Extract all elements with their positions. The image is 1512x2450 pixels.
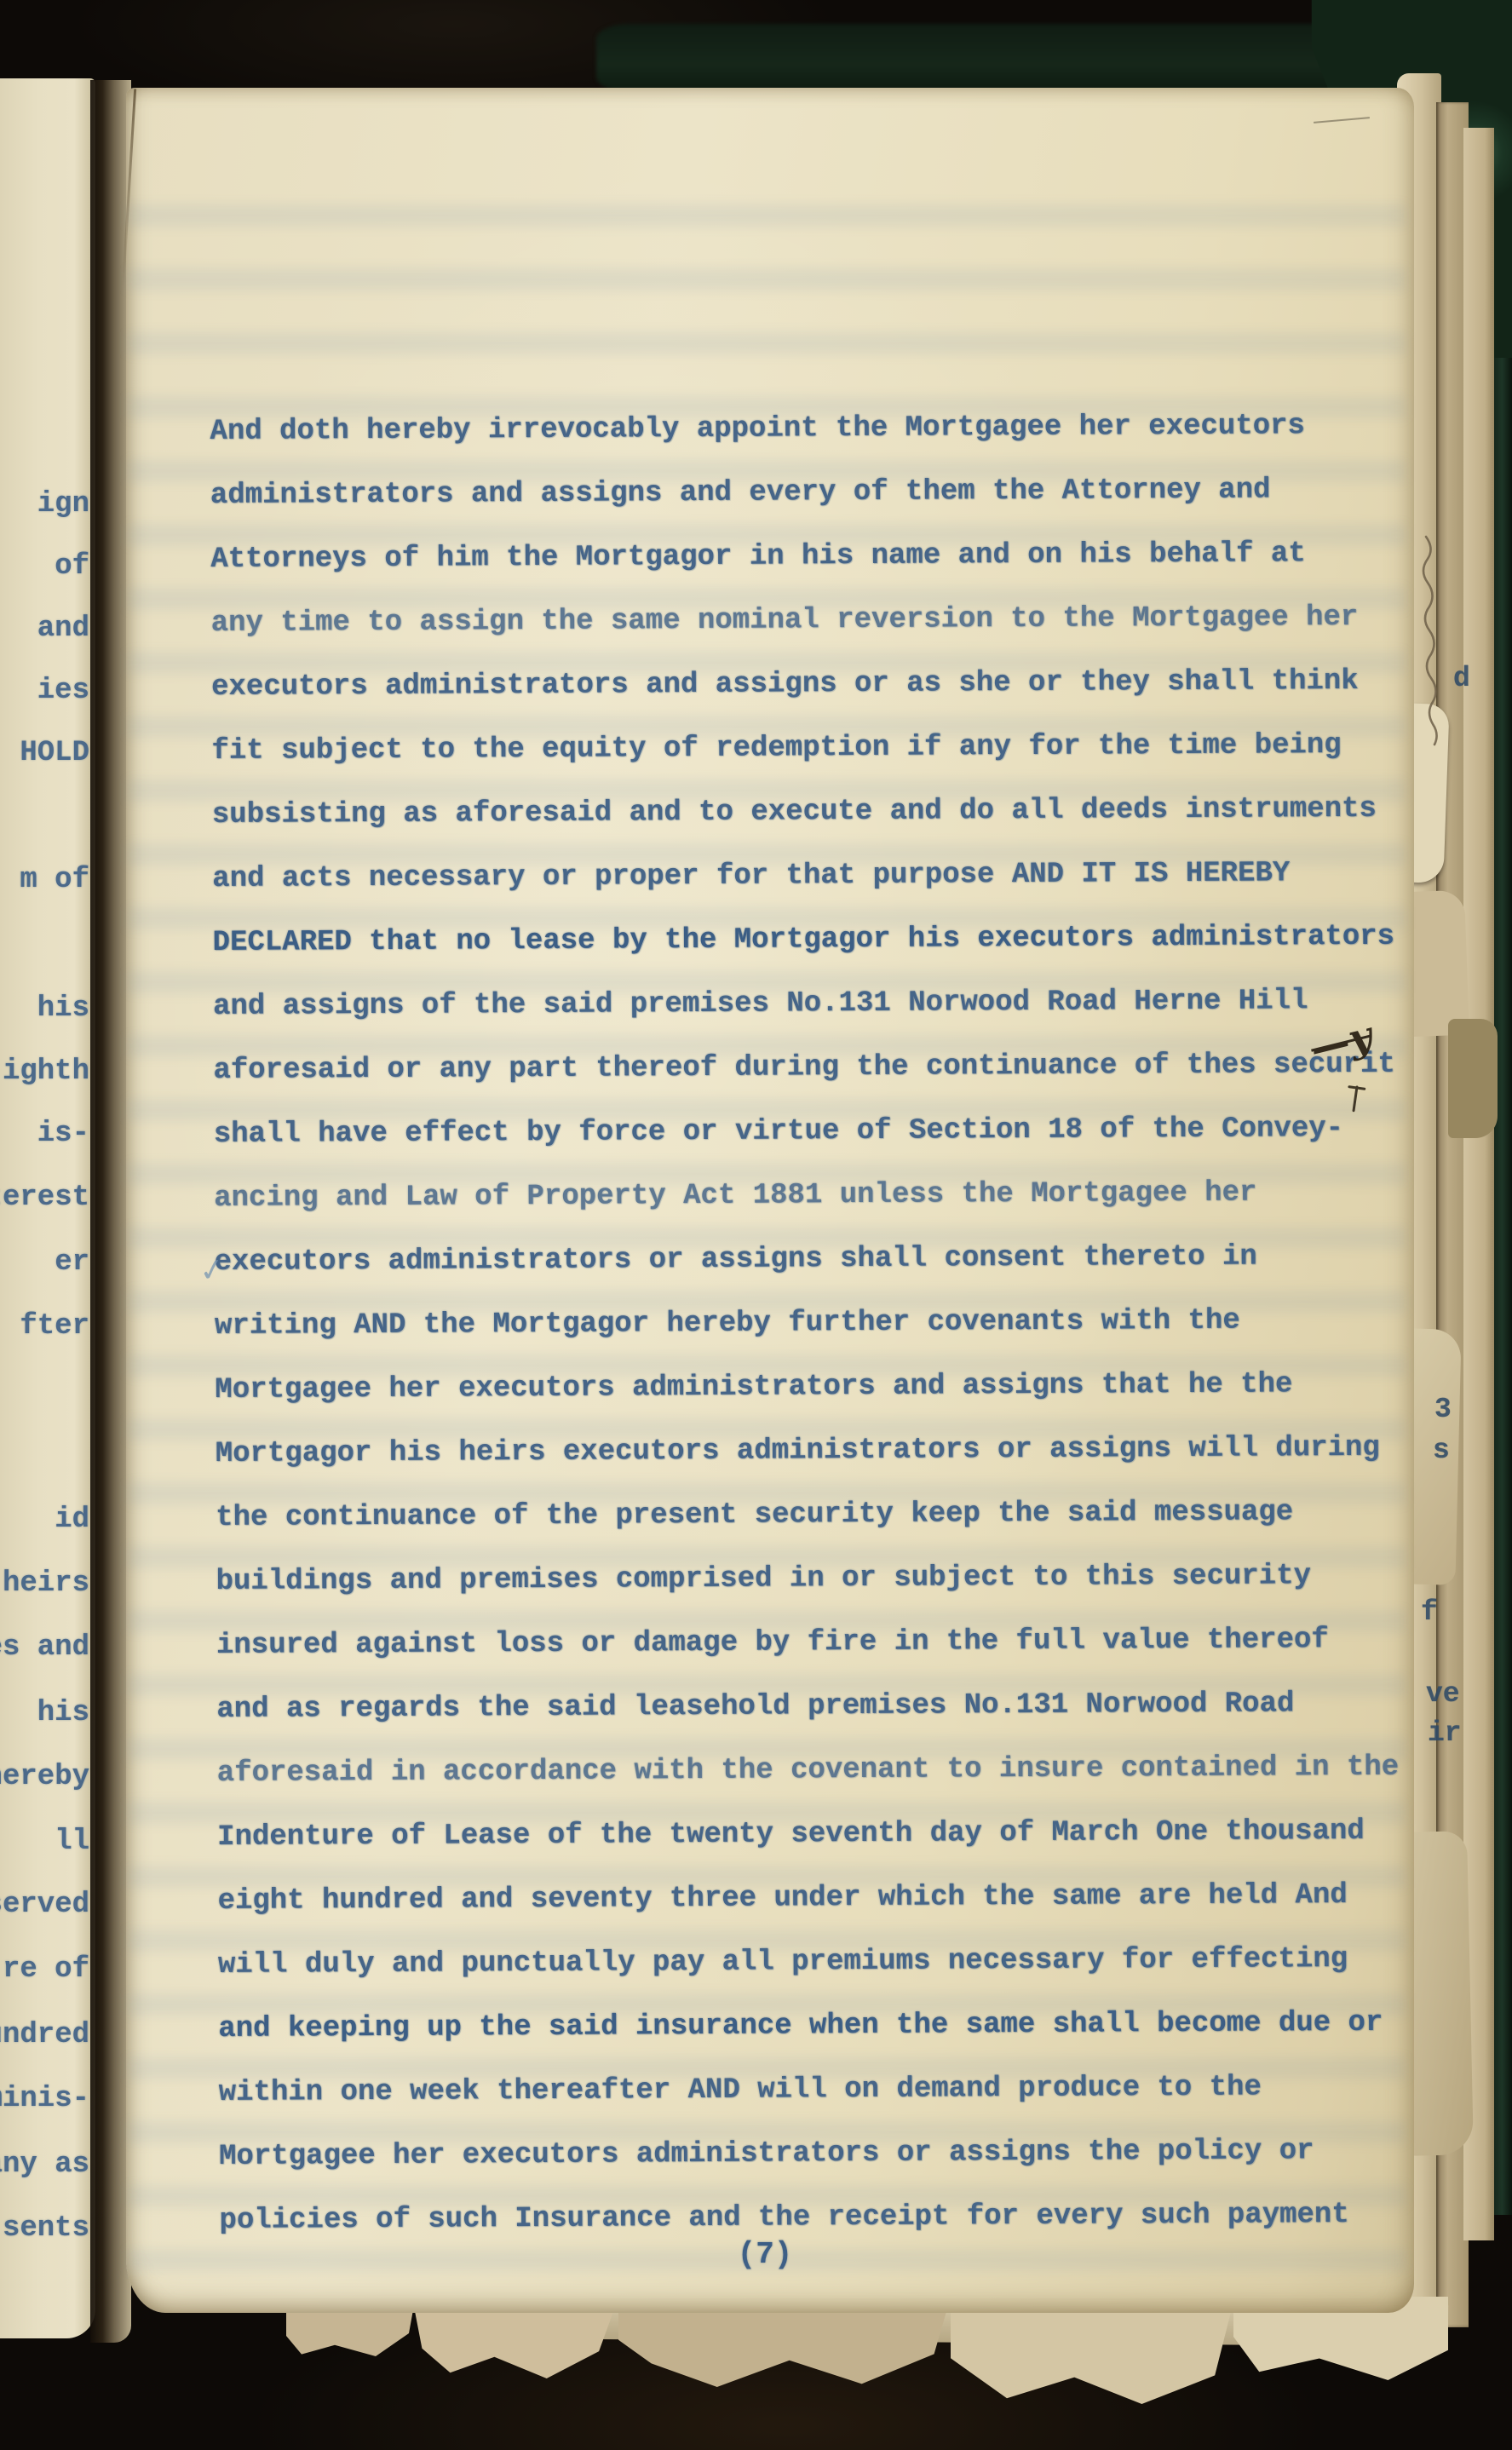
text-line: ancing and Law of Property Act 1881 unle…: [214, 1160, 1440, 1231]
text-line: and keeping up the said insurance when t…: [218, 1991, 1445, 2062]
text-line: Attorneys of him the Mortgagor in his na…: [210, 521, 1437, 592]
left-page-fragment: is-: [37, 1117, 89, 1151]
right-edge-fragment: d: [1453, 663, 1470, 695]
book-gutter-shadow: [90, 80, 131, 2343]
left-page-fragment: s heirs: [0, 1567, 89, 1601]
left-page-fragment: hereby: [0, 1760, 89, 1794]
text-line: policies of such Insurance and the recei…: [219, 2183, 1446, 2253]
text-line: administrators and assigns and every of …: [210, 457, 1437, 528]
left-page-fragment: HOLD: [20, 736, 89, 770]
text-line: Mortgagee her executors administrators a…: [215, 1352, 1441, 1423]
text-line: the continuance of the present security …: [216, 1480, 1442, 1550]
left-page-fragment: his: [37, 1696, 89, 1730]
torn-paper-piece: [951, 2309, 1232, 2404]
text-line: within one week thereafter AND will on d…: [219, 2055, 1446, 2125]
text-line: Indenture of Lease of the twenty seventh…: [217, 1799, 1444, 1870]
text-line: will duly and punctually pay all premium…: [218, 1927, 1445, 1998]
insertion-caret-mark: [1342, 1082, 1371, 1116]
text-line: Mortgagee her executors administrators o…: [219, 2119, 1446, 2189]
left-page-fragment: any as: [0, 2148, 89, 2182]
torn-paper-piece: [1448, 1019, 1498, 1138]
book-cloth-top-band: [596, 24, 1431, 92]
left-page-fragment: ll: [55, 1825, 89, 1859]
text-line: fit subject to the equity of redemption …: [211, 713, 1438, 784]
left-page-fragment: id: [55, 1503, 89, 1537]
photographed-deed-page: { "page": { "page_number": "(7)", "lines…: [0, 0, 1512, 2450]
left-page-fragment: sents: [3, 2211, 89, 2246]
torn-paper-piece: [286, 2305, 414, 2356]
left-page-fragment: m of: [20, 863, 89, 897]
left-page-fragment: hundred: [0, 2018, 89, 2052]
left-page-fragment: his: [37, 992, 89, 1026]
left-page-fragment: ies: [37, 674, 89, 708]
text-line: subsisting as aforesaid and to execute a…: [212, 777, 1439, 848]
text-line: eight hundred and seventy three under wh…: [217, 1863, 1444, 1934]
torn-paper-piece: [618, 2309, 947, 2387]
left-page-fragment: dminis-: [0, 2082, 89, 2116]
text-line: insured against loss or damage by fire i…: [216, 1607, 1443, 1678]
left-page-fragment: es and: [0, 1630, 89, 1665]
text-line: and acts necessary or proper for that pu…: [212, 841, 1439, 912]
text-line: aforesaid or any part thereof during the…: [213, 1032, 1440, 1103]
text-line: executors administrators or assigns shal…: [214, 1224, 1440, 1295]
left-page-fragment: ighth: [3, 1055, 89, 1089]
torn-paper-piece: [414, 2307, 615, 2378]
left-page-fragment: terest: [0, 1181, 89, 1215]
text-line: and assigns of the said premises No.131 …: [213, 969, 1440, 1039]
left-page-fragment: ign: [37, 487, 89, 521]
left-page-fragment: re of: [3, 1953, 89, 1987]
handwritten-tick: ✓: [197, 1254, 227, 1289]
text-line: aforesaid in accordance with the covenan…: [217, 1735, 1444, 1806]
left-page-fragment: er: [55, 1245, 89, 1280]
text-line: any time to assign the same nominal reve…: [210, 585, 1437, 656]
document-page: And doth hereby irrevocably appoint the …: [126, 88, 1414, 2313]
typewritten-text-block: And doth hereby irrevocably appoint the …: [210, 394, 1446, 2253]
previous-page-edge: ign of and ies HOLD m of his ighth is- t…: [0, 78, 95, 2338]
text-line: executors administrators and assigns or …: [211, 649, 1438, 720]
text-line: DECLARED that no lease by the Mortgagor …: [212, 905, 1439, 975]
left-page-fragment: eserved: [0, 1888, 89, 1922]
text-line: shall have effect by force or virtue of …: [214, 1096, 1440, 1167]
left-page-fragment: fter: [20, 1309, 89, 1343]
text-line: And doth hereby irrevocably appoint the …: [210, 394, 1436, 464]
left-page-fragment: and: [37, 612, 89, 646]
left-page-fragment: of: [55, 549, 89, 584]
text-line: and as regards the said leasehold premis…: [216, 1671, 1443, 1742]
text-line: Mortgagor his heirs executors administra…: [216, 1416, 1442, 1487]
text-line: buildings and premises comprised in or s…: [216, 1544, 1442, 1614]
text-line: writing AND the Mortgagor hereby further…: [215, 1288, 1441, 1359]
